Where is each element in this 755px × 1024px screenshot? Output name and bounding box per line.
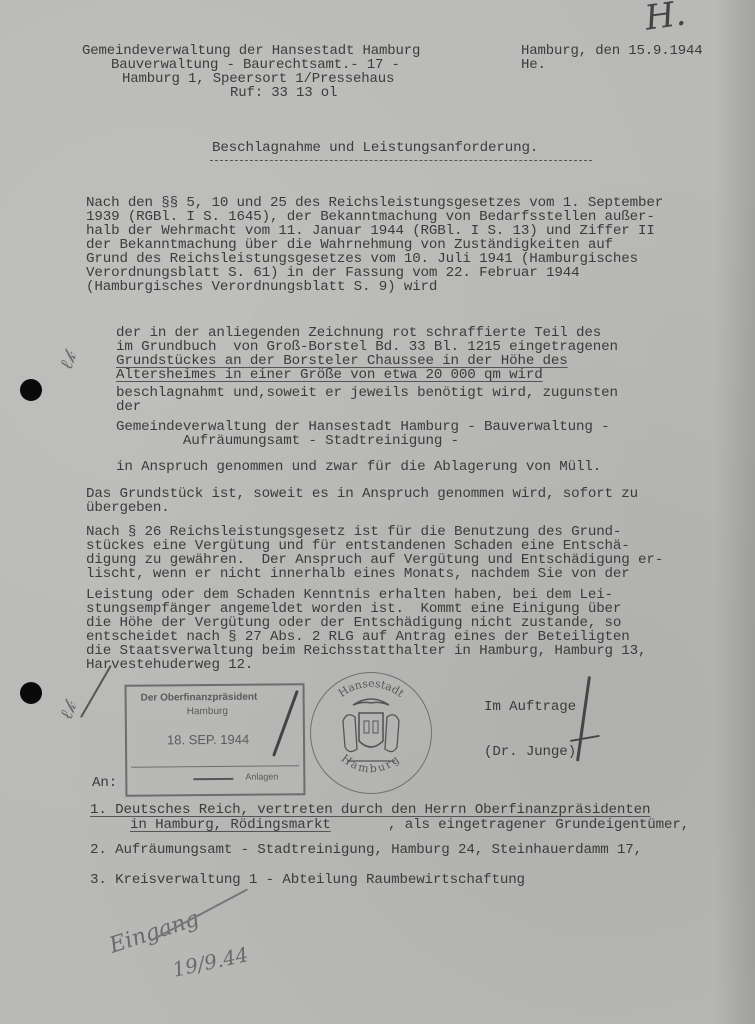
letterhead-line: Hamburg 1, Speersort 1/Pressehaus [122, 72, 394, 86]
official-seal: Hansestadt Hamburg [310, 672, 432, 794]
stamp-annex-label: Anlagen [245, 771, 278, 781]
coat-of-arms-icon [333, 691, 409, 775]
order-line: Altersheimes in einer Größe von etwa 20 … [116, 368, 543, 382]
order-line: Gemeindeverwaltung der Hansestadt Hambur… [116, 420, 609, 434]
title-underline [210, 160, 592, 161]
order-line: Grundstückes an der Borsteler Chaussee i… [116, 354, 568, 368]
document-title: Beschlagnahme und Leistungsanforderung. [212, 141, 538, 155]
stamp-divider [131, 765, 299, 767]
punch-hole [20, 379, 42, 401]
reference-initials: He. [521, 58, 546, 72]
preamble-line: Nach den §§ 5, 10 und 25 des Reichsleist… [86, 196, 663, 210]
preamble-line: Verordnungsblatt S. 61) in der Fassung v… [86, 266, 579, 280]
recipient-1-role: , als eingetragener Grundeigentümer, [388, 818, 689, 832]
compensation-line: lischt, wenn er nicht innerhalb eines Mo… [86, 567, 630, 581]
order-line: beschlagnahmt und,soweit er jeweils benö… [116, 386, 618, 400]
preamble-line: halb der Wehrmacht vom 11. Januar 1944 (… [86, 224, 655, 238]
letterhead-line: Gemeindeverwaltung der Hansestadt Hambur… [82, 44, 420, 58]
preamble-line: Grund des Reichsleistungsgesetzes vom 10… [86, 252, 638, 266]
preamble-line: der Bekanntmachung über die Wahrnehmung … [86, 238, 613, 252]
stamp-date: 18. SEP. 1944 [167, 732, 249, 748]
compensation-line: stungsempfänger angemeldet worden ist. K… [86, 602, 621, 616]
margin-scribble: ℓ𝓀 [56, 349, 82, 372]
recipient-1-line1: 1. Deutsches Reich, vertreten durch den … [90, 803, 650, 817]
stamp-office: Der Oberfinanzpräsident [141, 692, 258, 704]
order-line: Aufräumungsamt - Stadtreinigung - [116, 434, 459, 448]
signature-authority: Im Auftrage [484, 700, 576, 714]
compensation-line: stückes eine Vergütung und für entstande… [86, 539, 630, 553]
compensation-line: die Staatsverwaltung beim Reichsstatthal… [86, 644, 646, 658]
compensation-line: Leistung oder dem Schaden Kenntnis erhal… [86, 588, 613, 602]
handwritten-corner-mark: H. [642, 0, 688, 39]
order-line: in Anspruch genommen und zwar für die Ab… [116, 460, 601, 474]
letterhead-line: Ruf: 33 13 ol [230, 86, 337, 100]
handwritten-note: Eingang [106, 906, 202, 958]
handwritten-date: 19/9.44 [170, 942, 250, 981]
compensation-line: entscheidet nach § 27 Abs. 2 RLG auf Ant… [86, 630, 630, 644]
margin-scribble: ℓ𝓀 [56, 699, 82, 722]
recipient-1-line2: in Hamburg, Rödingsmarkt [130, 818, 331, 832]
preamble-line: (Hamburgisches Verordnungsblatt S. 9) wi… [86, 280, 437, 294]
handover-line: übergeben. [86, 501, 170, 515]
recipients-label: An: [92, 776, 117, 790]
order-line: der in der anliegenden Zeichnung rot sch… [116, 326, 601, 340]
letterhead-line: Bauverwaltung - Baurechtsamt.- 17 - [111, 58, 400, 72]
order-line: im Grundbuch von Groß-Borstel Bd. 33 Bl.… [116, 340, 618, 354]
compensation-line: Nach § 26 Reichsleistungsgesetz ist für … [86, 525, 621, 539]
handover-line: Das Grundstück ist, soweit es in Anspruc… [86, 487, 638, 501]
compensation-line: die Höhe der Vergütung oder der Entschäd… [86, 616, 621, 630]
recipient-2: 2. Aufräumungsamt - Stadtreinigung, Hamb… [90, 843, 642, 857]
signature-stroke [576, 676, 590, 762]
punch-hole [20, 682, 42, 704]
place-date: Hamburg, den 15.9.1944 [521, 44, 703, 58]
page-edge-shadow [715, 0, 755, 1024]
recipient-3: 3. Kreisverwaltung 1 - Abteilung Raumbew… [90, 873, 525, 887]
signature-name: (Dr. Junge) [484, 745, 576, 759]
signature-stroke [570, 735, 600, 742]
stamp-city: Hamburg [187, 706, 228, 717]
stamp-annex-line [193, 778, 233, 780]
compensation-line: digung zu gewähren. Der Anspruch auf Ver… [86, 553, 663, 567]
document-page: Gemeindeverwaltung der Hansestadt Hambur… [0, 0, 755, 1024]
order-line: der [116, 400, 141, 414]
preamble-line: 1939 (RGBl. I S. 1645), der Bekanntmachu… [86, 210, 655, 224]
